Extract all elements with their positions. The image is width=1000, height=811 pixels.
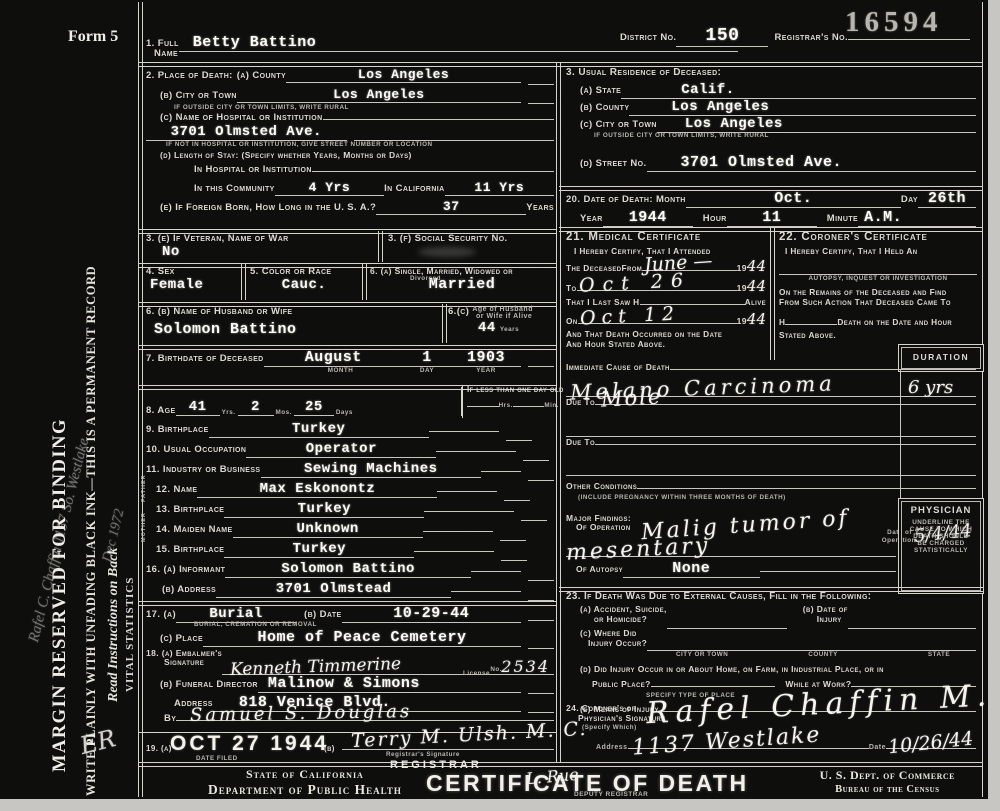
autopsy-label: Of Autopsy — [576, 564, 623, 574]
informant-address-value: 3701 Olmstead — [216, 581, 451, 598]
stay-community-row: In this Community 4 Yrs In California 11… — [146, 180, 554, 199]
city-note: IF OUTSIDE CITY OR TOWN LIMITS, WRITE RU… — [174, 104, 554, 112]
age-days-cap: Days — [336, 409, 353, 416]
filing-b-label: (b) — [324, 744, 335, 753]
section-date-of-death: 20. Date of Death: Month Oct. Day 26th Y… — [566, 190, 976, 228]
birthplace-row: 9. Birthplace Turkey — [146, 421, 554, 441]
gutter-line — [504, 500, 530, 501]
funeral-director-value: Malinow & Simons — [258, 675, 521, 693]
scanned-death-certificate-page: Rafel C. Chaffin 1137 So. Westlake Dec 1… — [0, 0, 1000, 811]
sex-label: 4. Sex — [146, 266, 238, 277]
date-filed-stamp: OCT 27 1944 — [170, 732, 329, 756]
gutter-line — [523, 460, 549, 461]
blank-line — [566, 456, 976, 476]
funeral-by-signature: Samuel S. Douglas — [190, 701, 412, 726]
mother-maiden-label: 14. Maiden Name — [156, 524, 233, 535]
margin-read-instructions-text: Read Instructions on Back — [106, 548, 122, 702]
less-than-one-day-label: If less than one day old — [467, 385, 559, 394]
full-name-line: 1. Full Name Betty Battino — [146, 34, 738, 60]
embalmer-label-2: Signature — [164, 658, 222, 667]
sex-value: Female — [150, 277, 238, 293]
birthdate-year: 1903 — [451, 349, 521, 367]
death-month: Oct. — [686, 190, 901, 208]
physician-box-title: PHYSICIAN — [899, 505, 983, 516]
race-value: Cauc. — [250, 277, 358, 293]
stay-community-label: In this Community — [194, 183, 275, 194]
medical-to-entry: Oct 26 — [578, 269, 691, 297]
residence-county-label: (b) County — [580, 102, 629, 113]
sex-cell: 4. Sex Female — [146, 266, 238, 293]
marital-value: Married — [370, 276, 554, 293]
death-hour-label: Hour — [703, 213, 727, 224]
department-of-public-health-text: Department of Public Health — [208, 782, 402, 799]
printed-19: 19 — [737, 263, 747, 273]
physician-box-line: UNDERLINE THE — [899, 519, 983, 526]
hospital-label: (c) Name of Hospital or Institution — [160, 112, 323, 123]
physician-note-box: PHYSICIAN UNDERLINE THE CAUSE TO WHICH D… — [898, 498, 984, 594]
gutter-line — [528, 103, 554, 104]
informant-row: 16. (a) Informant Solomon Battino — [146, 561, 554, 581]
spouse-cell: 6. (b) Name of Husband or Wife Solomon B… — [146, 306, 438, 338]
medical-deceased-label: The Deceased — [566, 263, 622, 273]
section-place-of-death: 2. Place of Death: (a) County Los Angele… — [146, 67, 554, 218]
father-birthplace-value: Turkey — [224, 501, 424, 518]
hospital-value: 3701 Olmsted Ave. — [146, 124, 347, 141]
gutter-line — [501, 560, 527, 561]
gutter-line — [528, 580, 554, 581]
city-value: Los Angeles — [237, 87, 521, 103]
disposition-num: 17. (a) — [146, 609, 176, 620]
birthdate-day-cap: DAY — [403, 367, 451, 374]
section-disposition: 17. (a) Burial (b) Date 10-29-44 BURIAL,… — [146, 605, 554, 735]
stay-community-value: 4 Yrs — [275, 180, 384, 196]
footer-strip: State of California Department of Public… — [138, 764, 983, 799]
coroner-line-2: From Such Action That Deceased Came To — [779, 297, 977, 317]
occupation-row: 10. Usual Occupation Operator — [146, 441, 554, 461]
medical-on-year: 44 — [747, 310, 766, 328]
injury-date-label-2: Injury — [817, 615, 848, 625]
coroner-action-caption: AUTOPSY, INQUEST OR INVESTIGATION — [779, 275, 977, 287]
us-dept-of-commerce-text: U. S. Dept. of Commerce — [820, 768, 955, 783]
age-months-cap: Mos. — [276, 409, 292, 416]
hospital-value-row: 3701 Olmsted Ave. — [146, 124, 554, 141]
public-place-label: Public Place? — [592, 679, 651, 689]
hospital-label-line — [323, 119, 554, 120]
ssn-label: 3. (f) Social Security No. — [388, 233, 554, 244]
deputy-registrar-caption: DEPUTY REGISTRAR — [574, 791, 648, 798]
physician-box-line: STATISTICALLY — [899, 547, 983, 554]
registrar-signature-line — [342, 749, 554, 750]
stay-california-label: In California — [384, 183, 445, 194]
other-conditions-label: Other Conditions — [566, 481, 637, 491]
father-name-label: 12. Name — [156, 484, 197, 495]
disposition-place-label: (c) Place — [160, 633, 203, 644]
stay-hospital-label: In Hospital or Institution — [194, 164, 312, 175]
full-name-label-2: Name — [154, 49, 179, 59]
birthplace-label: 9. Birthplace — [146, 424, 209, 435]
medical-on-entry: Oct 12 — [579, 302, 680, 329]
industry-label: 11. Industry or Business — [146, 464, 261, 475]
registrar-signature-caption: Registrar's Signature — [386, 751, 460, 758]
county-label: (a) County — [237, 70, 286, 81]
external-causes-title: 23. If Death Was Due to External Causes,… — [566, 591, 976, 605]
funeral-by-label: By — [164, 713, 176, 724]
father-side-label: FATHER — [141, 474, 147, 502]
mother-side-label: MOTHER — [141, 512, 147, 542]
section-certifier: 24. Coroner's or Physician's Signature (… — [566, 700, 976, 760]
margin-divider — [138, 2, 143, 797]
veteran-ssn-divider — [378, 231, 383, 262]
birthdate-month: August — [264, 349, 403, 367]
informant-label: 16. (a) Informant — [146, 564, 225, 575]
death-minute-label: Minute — [827, 213, 858, 224]
death-date-label: 20. Date of Death: Month — [566, 194, 686, 205]
spouse-age-num: 6.(c) — [448, 306, 469, 317]
photostat-negative: Rafel C. Chaffin 1137 So. Westlake Dec 1… — [0, 0, 988, 799]
coroner-line-1: On the Remains of the Deceased and Find — [779, 287, 977, 297]
informant-address-label: (b) Address — [162, 584, 216, 595]
coroner-line-4: Stated Above. — [779, 330, 977, 342]
medical-certificate-title: 21. Medical Certificate — [566, 231, 766, 246]
marital-label-2: Divorced — [410, 275, 441, 282]
federal-agency-block: U. S. Dept. of Commerce Bureau of the Ce… — [820, 768, 955, 796]
ssn-cell: 3. (f) Social Security No. — [388, 233, 554, 257]
spouse-value: Solomon Battino — [154, 321, 438, 338]
less-than-one-day-box: If less than one day old Hrs. Min. — [462, 385, 559, 418]
medical-to-year: 44 — [747, 277, 766, 295]
section-personal-rows: 9. Birthplace Turkey 10. Usual Occupatio… — [146, 421, 554, 601]
birthplace-value: Turkey — [209, 421, 429, 438]
coroner-certify-line: I Hereby Certify, That I Held An — [785, 246, 977, 262]
immediate-cause-duration: 6 yrs — [908, 377, 953, 398]
binding-margin: Rafel C. Chaffin 1137 So. Westlake Dec 1… — [0, 0, 140, 799]
death-minute: A.M. — [858, 209, 976, 227]
registrar-no-blank — [848, 39, 970, 40]
death-year-label: Year — [580, 213, 603, 224]
gutter-line — [528, 712, 554, 713]
spouse-age-unit: Years — [500, 326, 519, 333]
medical-alive-label: Alive — [745, 297, 766, 307]
section-spouse: 6. (b) Name of Husband or Wife Solomon B… — [146, 306, 554, 343]
gutter-line — [528, 620, 554, 621]
medical-on-label: On — [566, 316, 578, 326]
spouse-age-value: 44 — [478, 320, 496, 336]
accident-label-2: or Homicide? — [594, 615, 667, 625]
hrs-cap: Hrs. — [499, 402, 513, 409]
printed-19: 19 — [737, 283, 747, 293]
father-name-row: 12. Name Max Eskonontz — [146, 481, 554, 501]
cert-divider — [770, 227, 775, 360]
hospital-label-row: (c) Name of Hospital or Institution — [146, 112, 554, 124]
license-label: License — [463, 670, 490, 677]
county-value: Los Angeles — [286, 67, 521, 83]
residence-label: 3. Usual Residence of Deceased: — [566, 67, 976, 82]
hospital-note: IF NOT IN HOSPITAL OR INSTITUTION, GIVE … — [166, 141, 554, 150]
mother-birthplace-value: Turkey — [224, 541, 414, 558]
city-label: (b) City or Town — [160, 90, 237, 101]
veteran-label: 3. (e) If Veteran, Name of War — [146, 233, 374, 244]
residence-street-value: 3701 Olmsted Ave. — [647, 154, 977, 172]
injury-place-label: (d) Did Injury Occur in or About Home, o… — [580, 664, 976, 679]
physician-box-line: DEATH SHOULD — [899, 533, 983, 540]
blank-line — [566, 417, 976, 437]
age-years: 41 — [176, 399, 220, 416]
city-row: (b) City or Town Los Angeles — [146, 87, 554, 104]
residence-city-value: Los Angeles — [657, 116, 976, 133]
foreign-born-label: (e) If Foreign Born, How Long in the U. … — [160, 202, 376, 213]
medical-closing-1: And That Death Occurred on the Date — [566, 329, 766, 339]
residence-city-label: (c) City or Town — [580, 119, 657, 130]
due-to-2-label: Due To — [566, 437, 595, 447]
place-of-death-label: 2. Place of Death: — [146, 70, 233, 81]
spouse-age-cell: 6.(c) Age of Husband or Wife if Alive 44… — [448, 306, 554, 336]
father-birthplace-label: 13. Birthplace — [156, 504, 224, 515]
embalmer-signature-line: Kenneth Timmerine License No. 2534 — [222, 674, 554, 675]
informant-address-row: (b) Address 3701 Olmstead — [146, 581, 554, 601]
informant-value: Solomon Battino — [225, 561, 471, 578]
certifier-date-label: Date — [869, 744, 886, 751]
death-year: 1944 — [603, 209, 693, 227]
section-coroner-certificate: 22. Coroner's Certificate I Hereby Certi… — [779, 231, 977, 342]
residence-city-note: IF OUTSIDE CITY OR TOWN LIMITS, WRITE RU… — [594, 132, 976, 154]
residence-state-value: Calif. — [621, 82, 976, 99]
stay-hospital-row: In Hospital or Institution — [146, 164, 554, 180]
spouse-age-label-2: or Wife if Alive — [476, 313, 554, 320]
race-label: 5. Color or Race — [250, 266, 358, 277]
divider — [241, 264, 246, 300]
full-name-label: 1. Full Name — [146, 39, 179, 60]
mother-birthplace-row: 15. Birthplace Turkey — [146, 541, 554, 561]
death-day: 26th — [918, 190, 976, 208]
length-of-stay-label: (d) Length of Stay: (Specify whether Yea… — [160, 150, 554, 164]
father-name-value: Max Eskonontz — [197, 481, 437, 498]
medical-to-label: To — [566, 283, 577, 293]
findings-line-2: mesentary — [566, 536, 896, 557]
coroner-h-label: H — [779, 317, 785, 327]
gutter-line — [500, 540, 526, 541]
physician-box-line: CAUSE TO WHICH — [899, 526, 983, 533]
county-caption: COUNTY — [808, 651, 838, 658]
margin-binding-text: MARGIN RESERVED FOR BINDING — [50, 418, 71, 772]
certifier-date-entry: 10/26/44 — [887, 728, 974, 759]
county-row: 2. Place of Death: (a) County Los Angele… — [146, 67, 554, 85]
death-day-label: Day — [901, 194, 918, 205]
foreign-born-value: 37 — [376, 199, 526, 215]
date-filed-caption: DATE FILED — [196, 755, 238, 762]
min-cap: Min. — [544, 402, 559, 409]
certifier-address-label: Address — [596, 744, 628, 751]
due-to-1-entry: Mole — [601, 384, 663, 411]
industry-value: Sewing Machines — [261, 461, 481, 478]
state-department-block: State of California Department of Public… — [208, 767, 402, 799]
death-hour: 11 — [727, 209, 817, 227]
autopsy-value: None — [623, 560, 759, 578]
veteran-cell: 3. (e) If Veteran, Name of War No — [146, 233, 374, 260]
injury-where-label-2: Injury Occur? — [588, 639, 647, 649]
city-or-town-caption: CITY OR TOWN — [676, 651, 728, 658]
gutter-line — [506, 440, 532, 441]
major-findings-label-2: Of Operation — [576, 523, 631, 532]
physician-box-line: BE CHARGED — [899, 540, 983, 547]
medical-closing-2: And Hour Stated Above. — [566, 339, 766, 349]
gutter-line — [528, 366, 554, 367]
spouse-label: 6. (b) Name of Husband or Wife — [146, 306, 438, 317]
stay-hospital-blank — [312, 171, 554, 172]
divider — [442, 304, 447, 343]
marital-label-1: 6. (a) Single, Married, Widowed or — [370, 266, 554, 276]
gutter-line — [521, 520, 547, 521]
ssn-illegible-smudge — [418, 247, 476, 257]
margin-permanent-record-text: WRITE PLAINLY WITH UNFADING BLACK INK—TH… — [84, 266, 99, 796]
divider — [362, 264, 367, 300]
license-number: 2534 — [501, 657, 550, 676]
father-birthplace-row: 13. Birthplace Turkey — [146, 501, 554, 521]
medical-from-year: 44 — [747, 257, 766, 275]
residence-street-label: (d) Street No. — [580, 158, 647, 169]
funeral-director-label: (b) Funeral Director — [160, 679, 258, 690]
registrar-no-label: Registrar's No. — [774, 32, 848, 43]
residence-county-value: Los Angeles — [629, 99, 976, 116]
mother-maiden-row: 14. Maiden Name Unknown — [146, 521, 554, 541]
age-months: 2 — [238, 399, 274, 416]
section-age: 8. Age 41 Yrs. 2 Mos. 25 Days If less th… — [146, 388, 554, 419]
coroner-certificate-title: 22. Coroner's Certificate — [779, 231, 977, 246]
age-days: 25 — [294, 399, 334, 416]
gutter-line — [528, 693, 554, 694]
occupation-label: 10. Usual Occupation — [146, 444, 246, 455]
printed-19: 19 — [737, 316, 747, 326]
marital-cell: 6. (a) Single, Married, Widowed or Divor… — [370, 266, 554, 293]
disposition-date-value: 10-29-44 — [342, 605, 521, 623]
veteran-value: No — [162, 244, 374, 260]
immediate-cause-label: Immediate Cause of Death — [566, 362, 670, 372]
gutter-line — [528, 480, 554, 481]
birthdate-month-cap: MONTH — [278, 367, 403, 374]
state-caption: STATE — [928, 651, 950, 658]
gutter-line — [528, 84, 554, 85]
stay-california-value: 11 Yrs — [445, 180, 554, 196]
age-label: 8. Age — [146, 405, 176, 416]
duration-label: DURATION — [899, 352, 983, 362]
funeral-by-line: Samuel S. Douglas — [176, 720, 554, 721]
section-residence: 3. Usual Residence of Deceased: (a) Stat… — [566, 67, 976, 173]
section-veteran-ssn: 3. (e) If Veteran, Name of War No 3. (f)… — [146, 233, 554, 262]
state-of-california-text: State of California — [208, 767, 402, 782]
disposition-place-value: Home of Peace Cemetery — [203, 629, 521, 647]
birthdate-label: 7. Birthdate of Deceased — [146, 353, 264, 364]
foreign-born-row: (e) If Foreign Born, How Long in the U. … — [146, 199, 554, 218]
birthdate-year-cap: YEAR — [451, 367, 521, 374]
section-filing: 19. (a) OCT 27 1944 DATE FILED (b) Terry… — [146, 734, 554, 762]
filing-num: 19. (a) — [146, 744, 172, 753]
form-number: Form 5 — [68, 28, 118, 46]
occupation-value: Operator — [246, 441, 436, 458]
section-birthdate: 7. Birthdate of Deceased August 1 1903 M… — [146, 349, 554, 377]
foreign-born-unit: Years — [526, 202, 554, 213]
section-medical-certificate: 21. Medical Certificate I Hereby Certify… — [566, 231, 766, 349]
mother-maiden-value: Unknown — [233, 521, 423, 538]
full-name-value: Betty Battino — [179, 34, 738, 52]
mother-birthplace-label: 15. Birthplace — [156, 544, 224, 555]
race-cell: 5. Color or Race Cauc. — [250, 266, 358, 293]
coroner-line-3: Death on the Date and Hour — [837, 317, 952, 327]
birthdate-day: 1 — [403, 349, 451, 367]
margin-vital-statistics-text: VITAL STATISTICS — [124, 577, 136, 692]
bureau-of-the-census-text: Bureau of the Census — [820, 783, 955, 796]
disposition-date-label: (b) Date — [304, 609, 342, 620]
industry-row: 11. Industry or Business Sewing Machines — [146, 461, 554, 481]
residence-state-label: (a) State — [580, 85, 621, 96]
section-sex-race-marital: 4. Sex Female 5. Color or Race Cauc. 6. … — [146, 266, 554, 300]
age-years-cap: Yrs. — [222, 409, 236, 416]
